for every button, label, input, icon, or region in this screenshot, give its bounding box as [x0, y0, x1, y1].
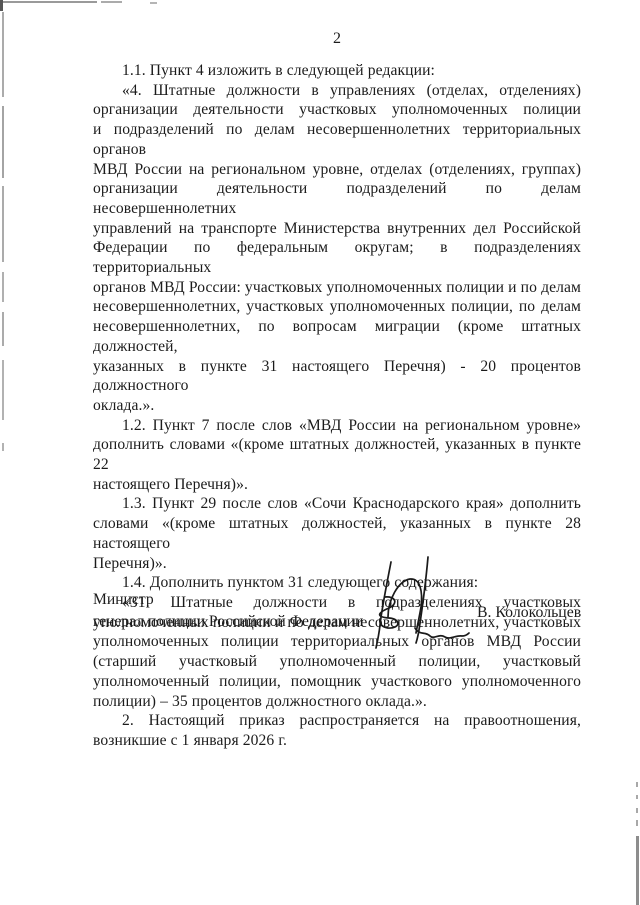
- handwritten-signature-icon: [362, 554, 472, 656]
- scan-artifact-top-dash: [150, 2, 157, 4]
- text-line: уполномоченный полиции, помощник участко…: [93, 672, 581, 692]
- text-line: полиции) – 35 процентов должностного окл…: [93, 692, 581, 712]
- signatory-post: Министр генерал полиции Российской Федер…: [93, 589, 393, 632]
- text-line: организации деятельности участковых упол…: [93, 100, 581, 120]
- scan-artifact-top-line: [3, 1, 97, 3]
- text-line: настоящего Перечня)».: [93, 475, 581, 495]
- text-line: 1.2. Пункт 7 после слов «МВД России на р…: [93, 416, 581, 436]
- text-line: указанных в пункте 31 настоящего Перечня…: [93, 357, 581, 396]
- text-line: (старший участковый уполномоченный полиц…: [93, 652, 581, 672]
- document-page: 2 1.1. Пункт 4 изложить в следующей реда…: [0, 0, 640, 905]
- paragraph: 1.2. Пункт 7 после слов «МВД России на р…: [93, 416, 581, 495]
- paragraph: 1.1. Пункт 4 изложить в следующей редакц…: [93, 61, 581, 81]
- scan-artifact-right-dash: [636, 820, 638, 826]
- text-line: несовершеннолетних, по вопросам миграции…: [93, 317, 581, 356]
- text-line: 1.1. Пункт 4 изложить в следующей редакц…: [93, 61, 581, 81]
- text-line: Перечня)».: [93, 554, 581, 574]
- paragraph: 2. Настоящий приказ распространяется на …: [93, 711, 581, 750]
- text-line: словами «(кроме штатных должностей, указ…: [93, 514, 581, 553]
- scan-artifact-right-dash: [636, 782, 638, 787]
- text-line: органов МВД России: участковых уполномоч…: [93, 278, 581, 298]
- text-line: возникшие с 1 января 2026 г.: [93, 731, 581, 751]
- scan-artifact-left-line: [2, 186, 4, 262]
- scan-artifact-left-line: [2, 360, 4, 420]
- scan-artifact-left-line: [2, 12, 4, 97]
- scan-artifact-top-dash: [101, 1, 122, 3]
- paragraph: «4. Штатные должности в управлениях (отд…: [93, 81, 581, 416]
- signatory-post-line-1: Министр: [93, 589, 393, 611]
- paragraph: 1.3. Пункт 29 после слов «Сочи Краснодар…: [93, 494, 581, 573]
- scan-artifact-right-dash: [636, 795, 638, 799]
- page-number: 2: [93, 30, 581, 48]
- signatory-post-line-2: генерал полиции Российской Федерации: [93, 611, 393, 633]
- text-line: МВД России на региональном уровне, отдел…: [93, 160, 581, 180]
- text-line: «4. Штатные должности в управлениях (отд…: [93, 81, 581, 101]
- scan-artifact-right-dash: [636, 808, 638, 813]
- text-line: уполномоченных полиции территориальных о…: [93, 632, 581, 652]
- text-line: оклада.».: [93, 396, 581, 416]
- scan-artifact-left-line: [2, 312, 4, 346]
- text-line: 2. Настоящий приказ распространяется на …: [93, 711, 581, 731]
- document-body: 1.1. Пункт 4 изложить в следующей редакц…: [93, 61, 581, 751]
- text-line: 1.3. Пункт 29 после слов «Сочи Краснодар…: [93, 494, 581, 514]
- text-line: и подразделений по делам несовершеннолет…: [93, 120, 581, 159]
- signatory-name: В. Колокольцев: [477, 604, 581, 622]
- text-line: Федерации по федеральным округам; в подр…: [93, 238, 581, 277]
- text-line: организации деятельности подразделений п…: [93, 179, 581, 218]
- text-line: дополнить словами «(кроме штатных должно…: [93, 435, 581, 474]
- scan-artifact-left-line: [2, 272, 4, 302]
- scan-artifact-left-line: [2, 106, 4, 178]
- text-line: несовершеннолетних, участковых уполномоч…: [93, 297, 581, 317]
- text-line: управлений на транспорте Министерства вн…: [93, 219, 581, 239]
- scan-artifact-right-line: [636, 836, 639, 905]
- scan-artifact-left-line: [2, 443, 4, 451]
